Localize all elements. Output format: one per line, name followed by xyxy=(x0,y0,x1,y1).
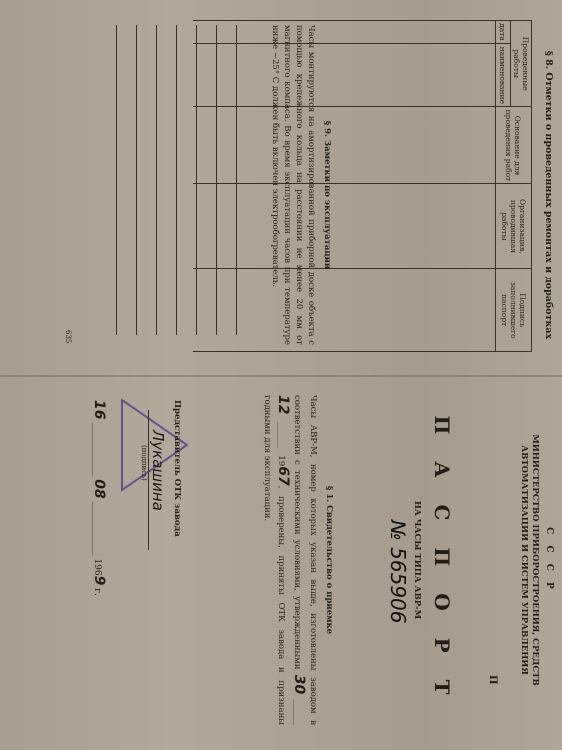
header-works: Проведенные работы xyxy=(511,21,532,107)
otk-representative-label: Представитель ОТК завода xyxy=(172,400,182,537)
ruled-line xyxy=(176,25,177,335)
header-signature: Подпись заполнившего паспорт xyxy=(496,269,532,352)
passport-subtitle: НА ЧАСЫ ТИПА АВР-М xyxy=(412,390,422,730)
page-mark: П xyxy=(487,675,498,684)
signature-line xyxy=(148,410,149,550)
ministry-header: МИНИСТЕРСТВО ПРИБОРОСТРОЕНИЯ, СРЕДСТВ АВ… xyxy=(518,390,540,730)
release-date: 16 ____________ 08 ____________ 1969 г. xyxy=(91,400,107,596)
section-1-title: § 1. Свидетельство о приемке xyxy=(324,390,334,730)
section-1-text: Часы АВР-М, номер которых указан выше, и… xyxy=(260,395,320,725)
serial-number: № 565906 xyxy=(386,520,410,624)
section-9-text: Часы монтируются на амортизированной при… xyxy=(269,25,317,345)
approval-year: 67 xyxy=(275,466,291,485)
ruled-line xyxy=(156,25,157,335)
approval-month: 12 xyxy=(275,395,291,414)
ruled-line xyxy=(216,25,217,335)
header-date: дата xyxy=(496,21,511,44)
ruled-line xyxy=(196,25,197,335)
section-9-title: § 9. Заметки по эксплуатации xyxy=(322,30,332,360)
signature-hint: (подпись) xyxy=(140,445,148,481)
header-basis: Основание для проведения работ xyxy=(496,107,532,184)
ruled-line xyxy=(116,25,117,335)
repairs-table: Проведенные работы Основание для проведе… xyxy=(193,20,532,352)
otk-signature: Лукашина xyxy=(149,430,167,511)
ruled-line xyxy=(136,25,137,335)
section-8-title: § 8. Отметки о проведенных ремонтах и до… xyxy=(543,30,554,360)
ruled-line xyxy=(236,25,237,335)
approval-day: 30 xyxy=(291,675,307,694)
country-header: С С С Р xyxy=(544,390,554,730)
rotated-document: § 8. Отметки о проведенных ремонтах и до… xyxy=(0,0,562,750)
passport-title: П А С П О Р Т xyxy=(430,390,454,730)
header-name: наименование xyxy=(496,44,511,107)
document-photo: § 8. Отметки о проведенных ремонтах и до… xyxy=(0,0,562,750)
form-code: 635 xyxy=(64,330,72,343)
header-org: Организация, проводившая работы xyxy=(496,184,532,269)
